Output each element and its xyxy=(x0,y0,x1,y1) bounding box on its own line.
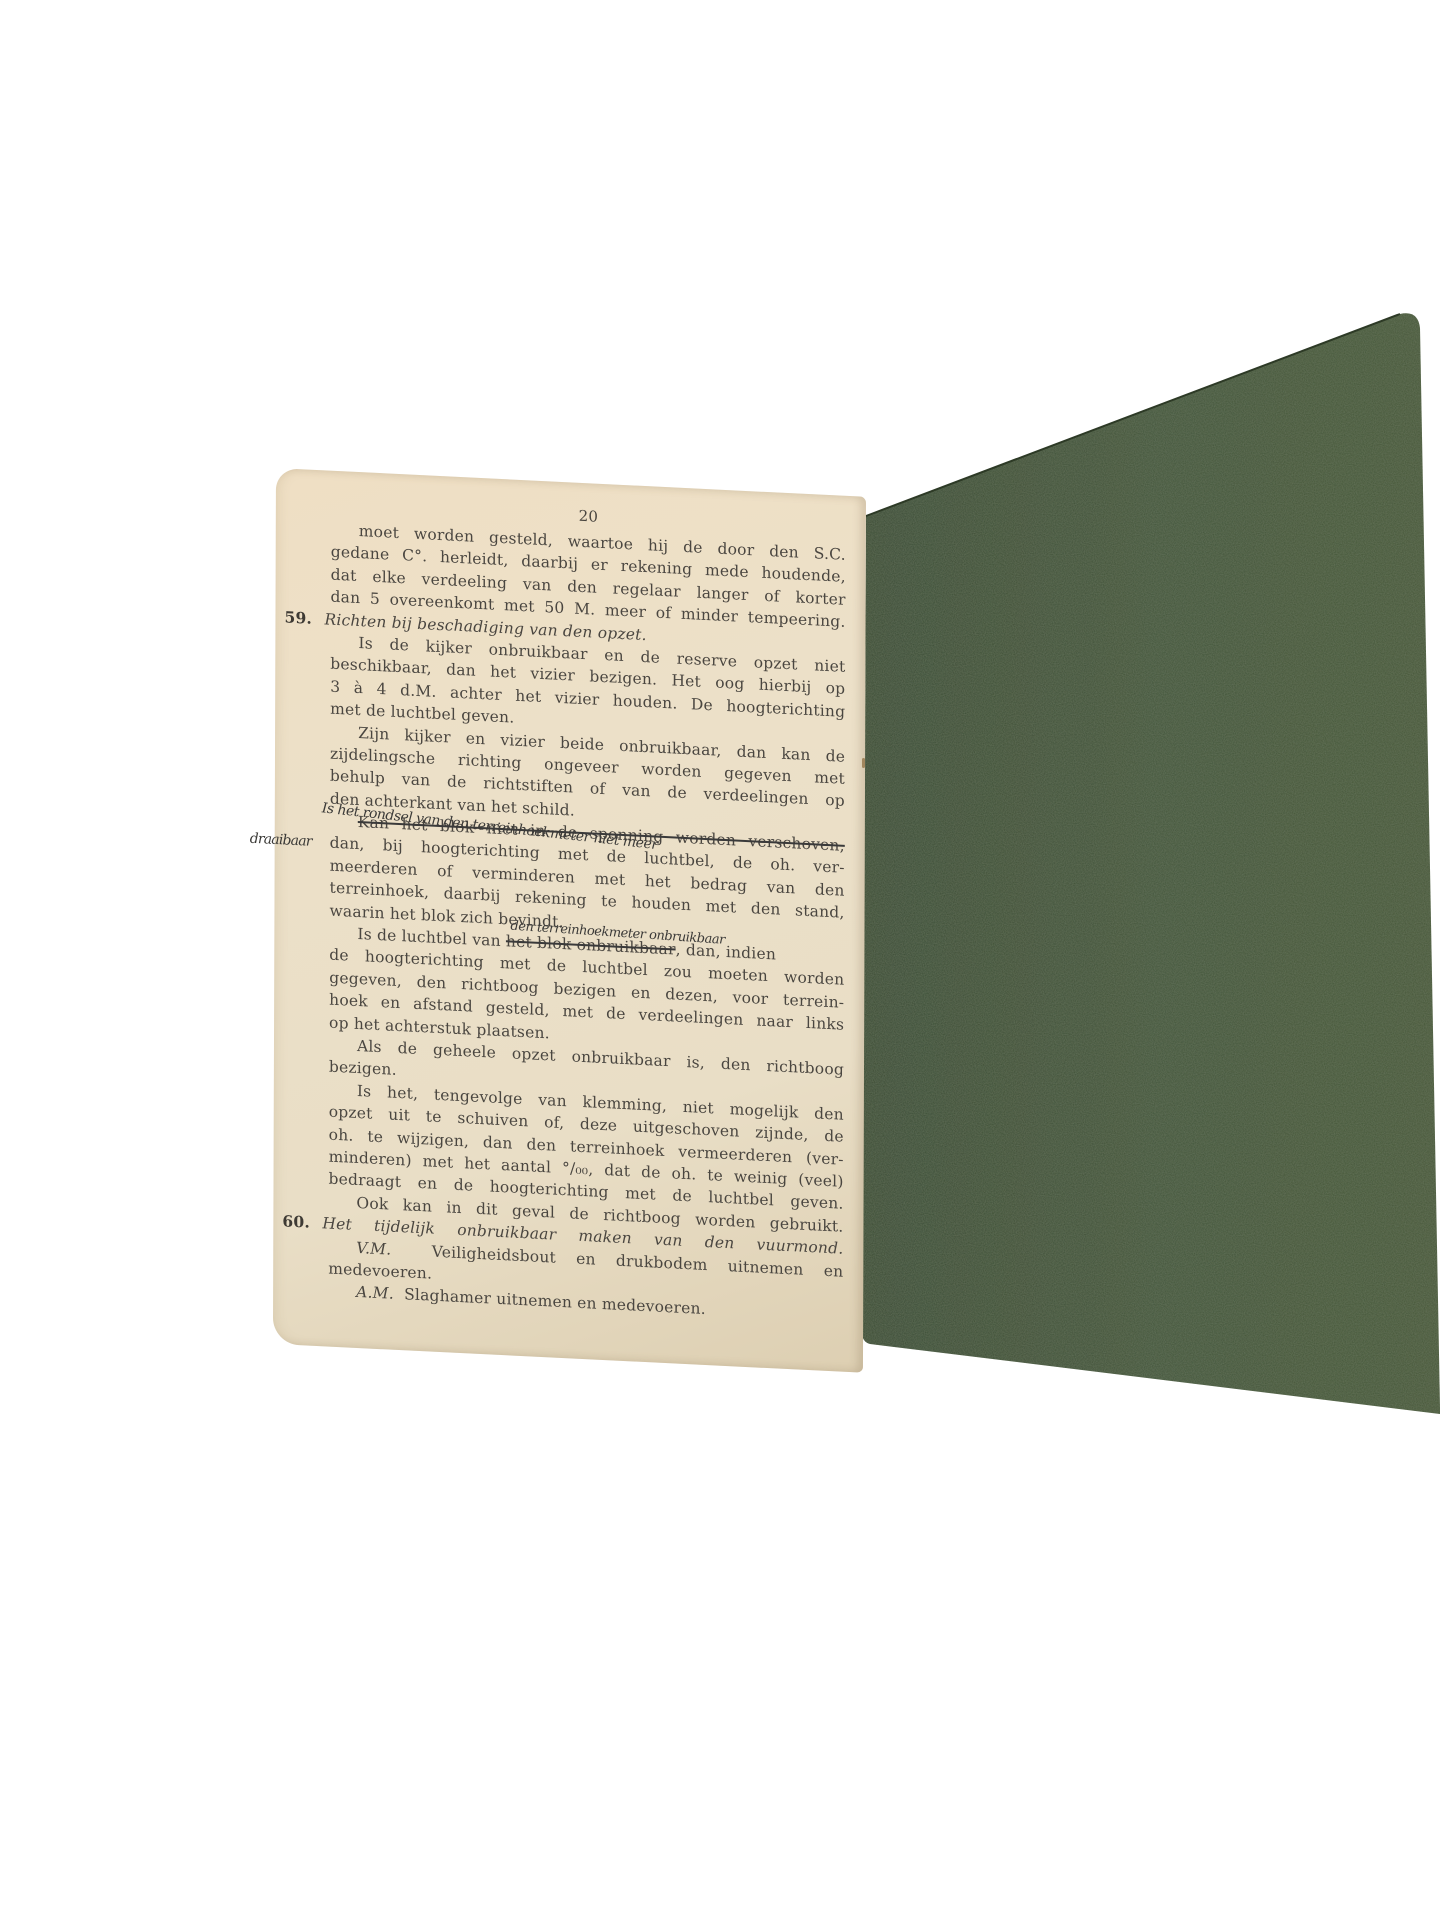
label-am: A.M. xyxy=(356,1283,394,1303)
spine-stain xyxy=(862,758,865,768)
text-span: Is de luchtbel van xyxy=(357,925,500,950)
book-page: 20 moet worden gesteld, waartoe hij de d… xyxy=(273,468,866,1373)
photo-scene: 20 moet worden gesteld, waartoe hij de d… xyxy=(0,0,1440,1920)
label-vm: V.M. xyxy=(356,1238,391,1258)
section-number: 60. xyxy=(282,1210,322,1234)
page-text: 20 moet worden gesteld, waartoe hij de d… xyxy=(328,495,846,1328)
handwritten-margin-note: draaibaar xyxy=(250,828,312,853)
section-number: 59. xyxy=(284,606,324,630)
